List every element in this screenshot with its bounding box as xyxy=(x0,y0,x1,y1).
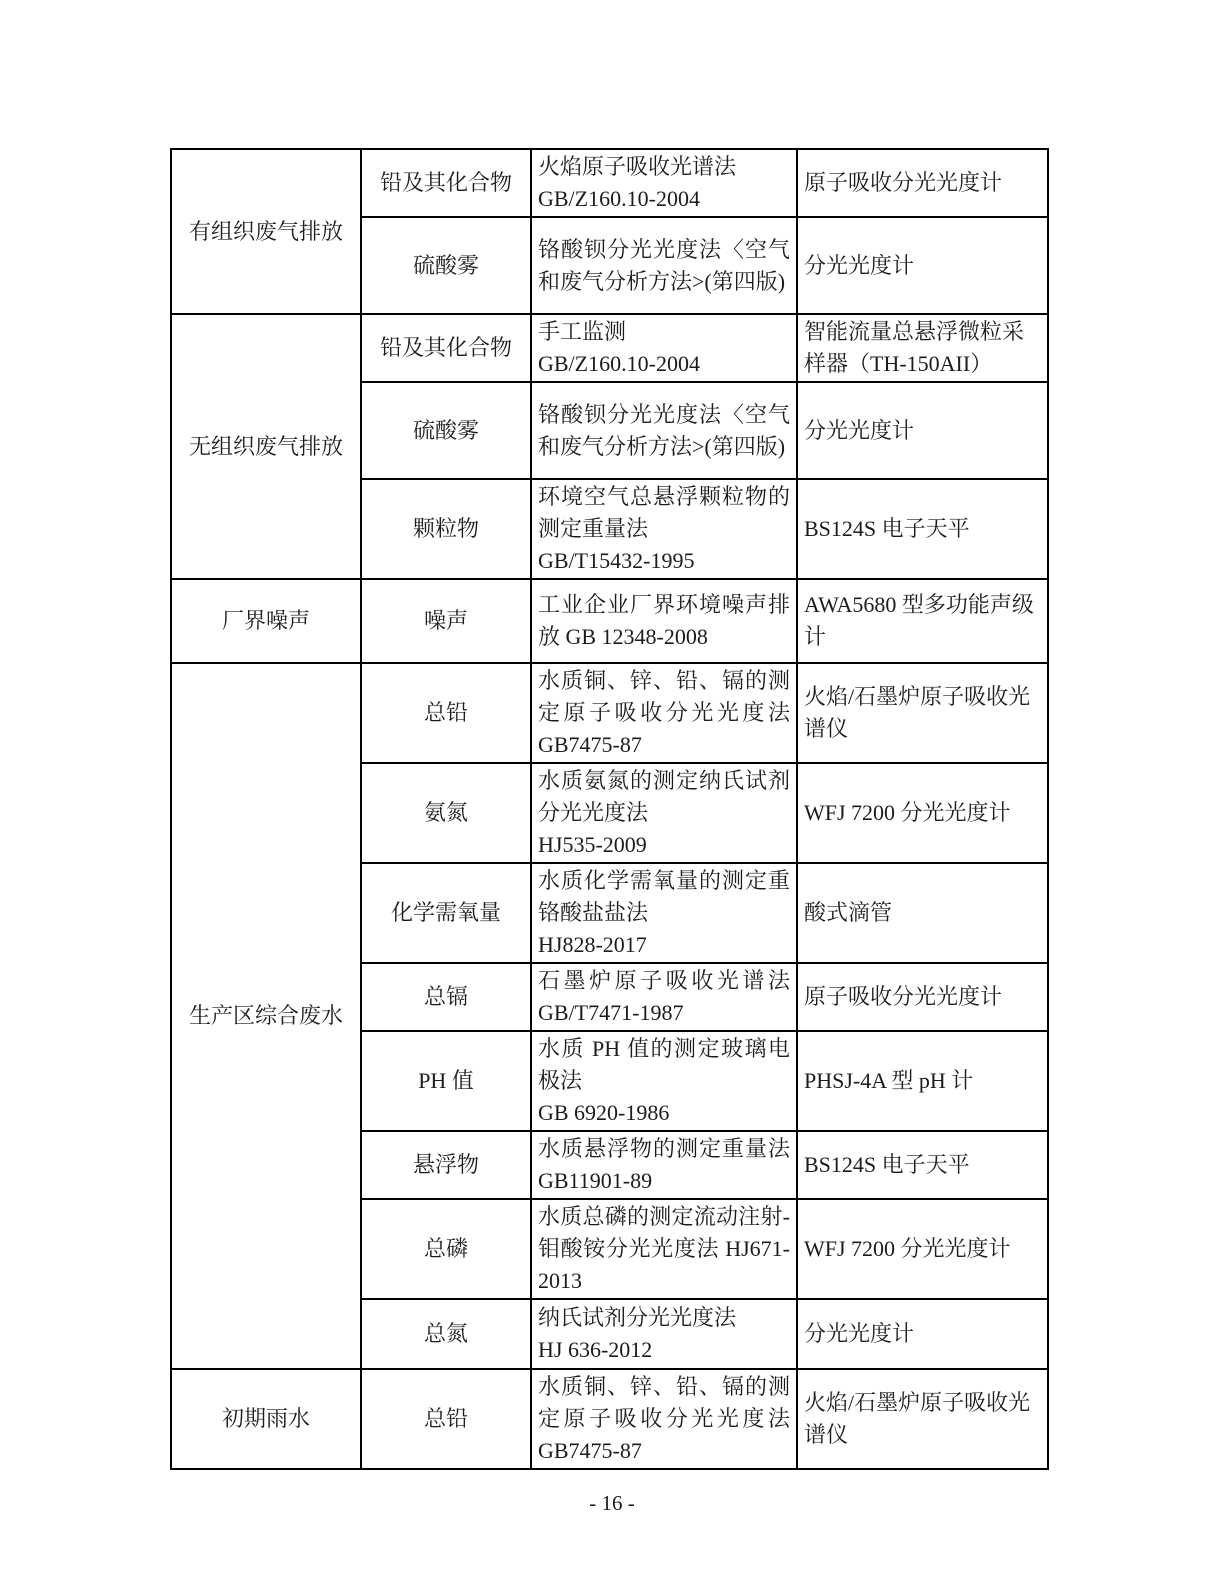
pollutant-cell: 噪声 xyxy=(361,579,531,663)
category-cell: 有组织废气排放 xyxy=(171,149,361,314)
method-cell: 水质化学需氧量的测定重铬酸盐盐法 HJ828-2017 xyxy=(531,863,797,963)
method-cell: 火焰原子吸收光谱法 GB/Z160.10-2004 xyxy=(531,149,797,217)
pollutant-cell: 铅及其化合物 xyxy=(361,149,531,217)
instrument-cell: 火焰/石墨炉原子吸收光谱仪 xyxy=(797,1369,1048,1469)
pollutant-cell: 硫酸雾 xyxy=(361,217,531,314)
method-cell: 水质铜、锌、铅、镉的测定原子吸收分光光度法 GB7475-87 xyxy=(531,1369,797,1469)
pollutant-cell: PH 值 xyxy=(361,1031,531,1131)
pollutant-cell: 硫酸雾 xyxy=(361,382,531,479)
category-cell: 无组织废气排放 xyxy=(171,314,361,579)
category-cell: 初期雨水 xyxy=(171,1369,361,1469)
method-cell: 水质悬浮物的测定重量法 GB11901-89 xyxy=(531,1131,797,1199)
pollutant-cell: 氨氮 xyxy=(361,763,531,863)
pollutant-cell: 颗粒物 xyxy=(361,479,531,579)
instrument-cell: WFJ 7200 分光光度计 xyxy=(797,763,1048,863)
pollutant-cell: 悬浮物 xyxy=(361,1131,531,1199)
pollutant-cell: 总铅 xyxy=(361,663,531,763)
method-cell: 环境空气总悬浮颗粒物的测定重量法 GB/T15432-1995 xyxy=(531,479,797,579)
method-cell: 铬酸钡分光光度法〈空气和废气分析方法>(第四版) xyxy=(531,382,797,479)
pollutant-cell: 总磷 xyxy=(361,1199,531,1299)
instrument-cell: 智能流量总悬浮微粒采样器（TH-150AII） xyxy=(797,314,1048,382)
category-cell: 厂界噪声 xyxy=(171,579,361,663)
table-row: 生产区综合废水 总铅 水质铜、锌、铅、镉的测定原子吸收分光光度法 GB7475-… xyxy=(171,663,1048,763)
method-cell: 纳氏试剂分光光度法 HJ 636-2012 xyxy=(531,1299,797,1369)
table-row: 初期雨水 总铅 水质铜、锌、铅、镉的测定原子吸收分光光度法 GB7475-87 … xyxy=(171,1369,1048,1469)
category-cell: 生产区综合废水 xyxy=(171,663,361,1369)
method-cell: 石墨炉原子吸收光谱法 GB/T7471-1987 xyxy=(531,963,797,1031)
method-cell: 水质总磷的测定流动注射-钼酸铵分光光度法 HJ671-2013 xyxy=(531,1199,797,1299)
pollutant-cell: 总铅 xyxy=(361,1369,531,1469)
table-row: 无组织废气排放 铅及其化合物 手工监测 GB/Z160.10-2004 智能流量… xyxy=(171,314,1048,382)
document-page: 有组织废气排放 铅及其化合物 火焰原子吸收光谱法 GB/Z160.10-2004… xyxy=(0,0,1224,1584)
instrument-cell: 分光光度计 xyxy=(797,382,1048,479)
pollutant-cell: 总镉 xyxy=(361,963,531,1031)
monitoring-methods-table: 有组织废气排放 铅及其化合物 火焰原子吸收光谱法 GB/Z160.10-2004… xyxy=(170,148,1049,1470)
pollutant-cell: 化学需氧量 xyxy=(361,863,531,963)
instrument-cell: BS124S 电子天平 xyxy=(797,1131,1048,1199)
instrument-cell: PHSJ-4A 型 pH 计 xyxy=(797,1031,1048,1131)
instrument-cell: 分光光度计 xyxy=(797,217,1048,314)
table-row: 有组织废气排放 铅及其化合物 火焰原子吸收光谱法 GB/Z160.10-2004… xyxy=(171,149,1048,217)
page-number: - 16 - xyxy=(0,1489,1224,1517)
method-cell: 手工监测 GB/Z160.10-2004 xyxy=(531,314,797,382)
method-cell: 水质 PH 值的测定玻璃电极法 GB 6920-1986 xyxy=(531,1031,797,1131)
instrument-cell: 原子吸收分光光度计 xyxy=(797,963,1048,1031)
pollutant-cell: 铅及其化合物 xyxy=(361,314,531,382)
instrument-cell: 原子吸收分光光度计 xyxy=(797,149,1048,217)
method-cell: 铬酸钡分光光度法〈空气和废气分析方法>(第四版) xyxy=(531,217,797,314)
instrument-cell: 酸式滴管 xyxy=(797,863,1048,963)
instrument-cell: BS124S 电子天平 xyxy=(797,479,1048,579)
table-row: 厂界噪声 噪声 工业企业厂界环境噪声排放 GB 12348-2008 AWA56… xyxy=(171,579,1048,663)
instrument-cell: 分光光度计 xyxy=(797,1299,1048,1369)
instrument-cell: AWA5680 型多功能声级计 xyxy=(797,579,1048,663)
method-cell: 水质铜、锌、铅、镉的测定原子吸收分光光度法 GB7475-87 xyxy=(531,663,797,763)
instrument-cell: 火焰/石墨炉原子吸收光谱仪 xyxy=(797,663,1048,763)
pollutant-cell: 总氮 xyxy=(361,1299,531,1369)
method-cell: 水质氨氮的测定纳氏试剂分光光度法 HJ535-2009 xyxy=(531,763,797,863)
method-cell: 工业企业厂界环境噪声排放 GB 12348-2008 xyxy=(531,579,797,663)
instrument-cell: WFJ 7200 分光光度计 xyxy=(797,1199,1048,1299)
